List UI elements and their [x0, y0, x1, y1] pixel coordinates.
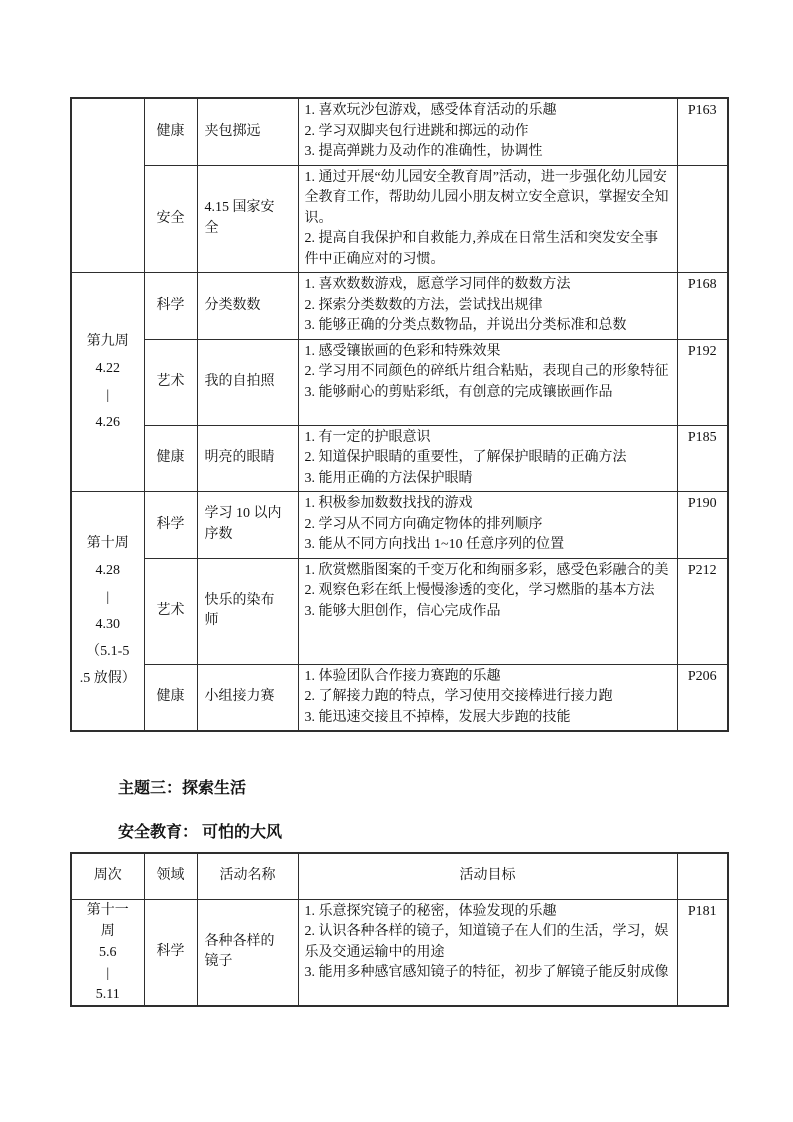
goals-cell: 1. 喜欢玩沙包游戏，感受体育活动的乐趣 2. 学习双脚夹包行进跳和掷远的动作 …	[298, 98, 677, 165]
week-cell: 第十一 周 5.6 | 5.11	[71, 899, 144, 1006]
goal-line: 2. 提高自我保护和自救能力,养成在日常生活和突发安全事件中正确应对的习惯。	[305, 229, 671, 270]
goal-line: 1. 有一定的护眼意识	[305, 428, 671, 449]
goal-line: 3. 能从不同方向找出 1~10 任意序列的位置	[305, 535, 671, 556]
domain-cell: 健康	[144, 98, 197, 165]
header-page	[677, 853, 728, 899]
goals-cell: 1. 感受镶嵌画的色彩和特殊效果 2. 学习用不同颜色的碎纸片组合粘贴，表现自己…	[298, 339, 677, 425]
table-row: 健康 夹包掷远 1. 喜欢玩沙包游戏，感受体育活动的乐趣 2. 学习双脚夹包行进…	[71, 98, 728, 165]
page-ref-cell: P181	[677, 899, 728, 1006]
goal-line: 1. 喜欢玩沙包游戏，感受体育活动的乐趣	[305, 101, 671, 122]
goal-line: 2. 学习从不同方向确定物体的排列顺序	[305, 515, 671, 536]
goal-line: 3. 能够大胆创作，信心完成作品	[305, 602, 671, 623]
goal-line: 2. 学习用不同颜色的碎纸片组合粘贴，表现自己的形象特征	[305, 362, 671, 383]
goal-line: 1. 积极参加数数找找的游戏	[305, 494, 671, 515]
domain-cell: 艺术	[144, 339, 197, 425]
goal-line: 3. 能用正确的方法保护眼睛	[305, 469, 671, 490]
page-ref-cell: P185	[677, 425, 728, 492]
domain-cell: 科学	[144, 899, 197, 1006]
table-row: 第九周 4.22 | 4.26 科学 分类数数 1. 喜欢数数游戏，愿意学习同伴…	[71, 273, 728, 340]
table-row: 健康 明亮的眼睛 1. 有一定的护眼意识 2. 知道保护眼睛的重要性，了解保护眼…	[71, 425, 728, 492]
goal-line: 1. 乐意探究镜子的秘密，体验发现的乐趣	[305, 902, 671, 923]
table-row: 第十周 4.28 | 4.30 （5.1-5 .5 放假） 科学 学习 10 以…	[71, 492, 728, 559]
goal-line: 2. 知道保护眼睛的重要性，了解保护眼睛的正确方法	[305, 448, 671, 469]
table-row: 艺术 我的自拍照 1. 感受镶嵌画的色彩和特殊效果 2. 学习用不同颜色的碎纸片…	[71, 339, 728, 425]
domain-cell: 健康	[144, 425, 197, 492]
weekly-plan-table: 健康 夹包掷远 1. 喜欢玩沙包游戏，感受体育活动的乐趣 2. 学习双脚夹包行进…	[70, 97, 729, 732]
header-goal: 活动目标	[298, 853, 677, 899]
activity-cell: 夹包掷远	[197, 98, 298, 165]
page-ref-cell: P206	[677, 664, 728, 731]
goal-line: 2. 学习双脚夹包行进跳和掷远的动作	[305, 122, 671, 143]
goal-line: 1. 欣赏燃脂图案的千变万化和绚丽多彩，感受色彩融合的美	[305, 561, 671, 582]
goal-line: 3. 能用多种感官感知镜子的特征，初步了解镜子能反射成像	[305, 963, 671, 984]
domain-cell: 安全	[144, 165, 197, 273]
goal-line: 1. 通过开展“幼儿园安全教育周”活动，进一步强化幼儿园安全教育工作，帮助幼儿园…	[305, 168, 671, 230]
domain-cell: 艺术	[144, 558, 197, 664]
activity-cell: 明亮的眼睛	[197, 425, 298, 492]
activity-cell: 快乐的染布 师	[197, 558, 298, 664]
goal-line: 2. 认识各种各样的镜子，知道镜子在人们的生活，学习，娱乐及交通运输中的用途	[305, 922, 671, 963]
goal-line: 3. 能够正确的分类点数物品，并说出分类标准和总数	[305, 316, 671, 337]
activity-cell: 分类数数	[197, 273, 298, 340]
table-row: 安全 4.15 国家安 全 1. 通过开展“幼儿园安全教育周”活动，进一步强化幼…	[71, 165, 728, 273]
domain-cell: 健康	[144, 664, 197, 731]
week11-plan-table: 周次 领域 活动名称 活动目标 第十一 周 5.6 | 5.11 科学 各种各样…	[70, 852, 729, 1007]
goal-line: 1. 感受镶嵌画的色彩和特殊效果	[305, 342, 671, 363]
week-cell: 第十周 4.28 | 4.30 （5.1-5 .5 放假）	[71, 492, 144, 732]
page-ref-cell: P212	[677, 558, 728, 664]
page-ref-cell: P190	[677, 492, 728, 559]
document-page: 健康 夹包掷远 1. 喜欢玩沙包游戏，感受体育活动的乐趣 2. 学习双脚夹包行进…	[0, 0, 793, 1122]
goal-line: 2. 了解接力跑的特点，学习使用交接棒进行接力跑	[305, 687, 671, 708]
domain-cell: 科学	[144, 273, 197, 340]
table-row: 健康 小组接力赛 1. 体验团队合作接力赛跑的乐趣 2. 了解接力跑的特点，学习…	[71, 664, 728, 731]
header-week: 周次	[71, 853, 144, 899]
activity-cell: 各种各样的 镜子	[197, 899, 298, 1006]
page-ref-cell: P163	[677, 98, 728, 165]
activity-cell: 小组接力赛	[197, 664, 298, 731]
week-cell: 第九周 4.22 | 4.26	[71, 273, 144, 492]
table-header-row: 周次 领域 活动名称 活动目标	[71, 853, 728, 899]
safety-education-heading: 安全教育： 可怕的大风	[118, 819, 282, 842]
page-ref-cell: P192	[677, 339, 728, 425]
goal-line: 3. 能迅速交接且不掉棒，发展大步跑的技能	[305, 708, 671, 729]
goals-cell: 1. 欣赏燃脂图案的千变万化和绚丽多彩，感受色彩融合的美 2. 观察色彩在纸上慢…	[298, 558, 677, 664]
goal-line: 1. 体验团队合作接力赛跑的乐趣	[305, 667, 671, 688]
table-row: 艺术 快乐的染布 师 1. 欣赏燃脂图案的千变万化和绚丽多彩，感受色彩融合的美 …	[71, 558, 728, 664]
goals-cell: 1. 喜欢数数游戏，愿意学习同伴的数数方法 2. 探索分类数数的方法，尝试找出规…	[298, 273, 677, 340]
table-row: 第十一 周 5.6 | 5.11 科学 各种各样的 镜子 1. 乐意探究镜子的秘…	[71, 899, 728, 1006]
goals-cell: 1. 乐意探究镜子的秘密，体验发现的乐趣 2. 认识各种各样的镜子，知道镜子在人…	[298, 899, 677, 1006]
page-ref-cell: P168	[677, 273, 728, 340]
goals-cell: 1. 体验团队合作接力赛跑的乐趣 2. 了解接力跑的特点，学习使用交接棒进行接力…	[298, 664, 677, 731]
goal-line: 3. 提高弹跳力及动作的准确性，协调性	[305, 142, 671, 163]
activity-cell: 学习 10 以内 序数	[197, 492, 298, 559]
week-cell	[71, 98, 144, 273]
header-domain: 领域	[144, 853, 197, 899]
goal-line: 2. 探索分类数数的方法，尝试找出规律	[305, 296, 671, 317]
goals-cell: 1. 通过开展“幼儿园安全教育周”活动，进一步强化幼儿园安全教育工作，帮助幼儿园…	[298, 165, 677, 273]
page-ref-cell	[677, 165, 728, 273]
domain-cell: 科学	[144, 492, 197, 559]
theme-heading: 主题三：探索生活	[118, 775, 246, 798]
goals-cell: 1. 积极参加数数找找的游戏 2. 学习从不同方向确定物体的排列顺序 3. 能从…	[298, 492, 677, 559]
goal-line: 3. 能够耐心的剪贴彩纸，有创意的完成镶嵌画作品	[305, 383, 671, 404]
activity-cell: 我的自拍照	[197, 339, 298, 425]
goal-line: 1. 喜欢数数游戏，愿意学习同伴的数数方法	[305, 275, 671, 296]
header-activity: 活动名称	[197, 853, 298, 899]
activity-cell: 4.15 国家安 全	[197, 165, 298, 273]
goals-cell: 1. 有一定的护眼意识 2. 知道保护眼睛的重要性，了解保护眼睛的正确方法 3.…	[298, 425, 677, 492]
goal-line: 2. 观察色彩在纸上慢慢渗透的变化，学习燃脂的基本方法	[305, 581, 671, 602]
